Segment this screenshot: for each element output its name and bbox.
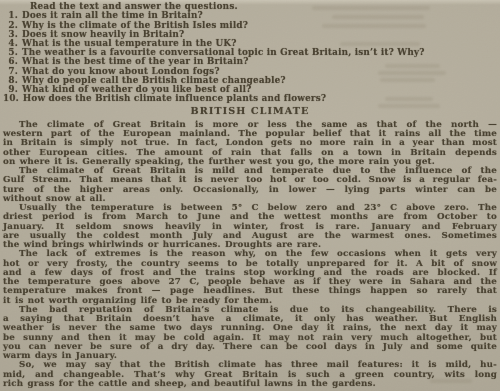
paragraph: The climate of Great Britain is mild and… <box>3 167 497 204</box>
question-number: 10. <box>3 95 19 104</box>
text-line: rich grass for the cattle and sheep, and… <box>3 380 497 389</box>
paragraph: Usually the temperature is between 5° C … <box>3 204 497 250</box>
page-content: Read the text and answer the questions. … <box>0 0 500 391</box>
article-title: BRITISH CLIMATE <box>3 107 497 117</box>
question-item: 10.How does the British climate influenc… <box>3 95 497 104</box>
paragraph: The climate of Great Britain is more or … <box>3 121 497 167</box>
paragraph: The lack of extremes is the reason why, … <box>3 250 497 306</box>
article-body: The climate of Great Britain is more or … <box>3 121 497 389</box>
questions-list: 1.Does it rain all the time in Britain?2… <box>3 12 497 104</box>
scanned-textbook-page: { "colors": { "paper": "#b6af9d", "paper… <box>0 0 500 391</box>
paragraph: So, we may say that the British climate … <box>3 361 497 389</box>
question-text: How does the British climate influence p… <box>23 95 326 104</box>
paragraph: The bad reputation of Britain’s climate … <box>3 306 497 362</box>
